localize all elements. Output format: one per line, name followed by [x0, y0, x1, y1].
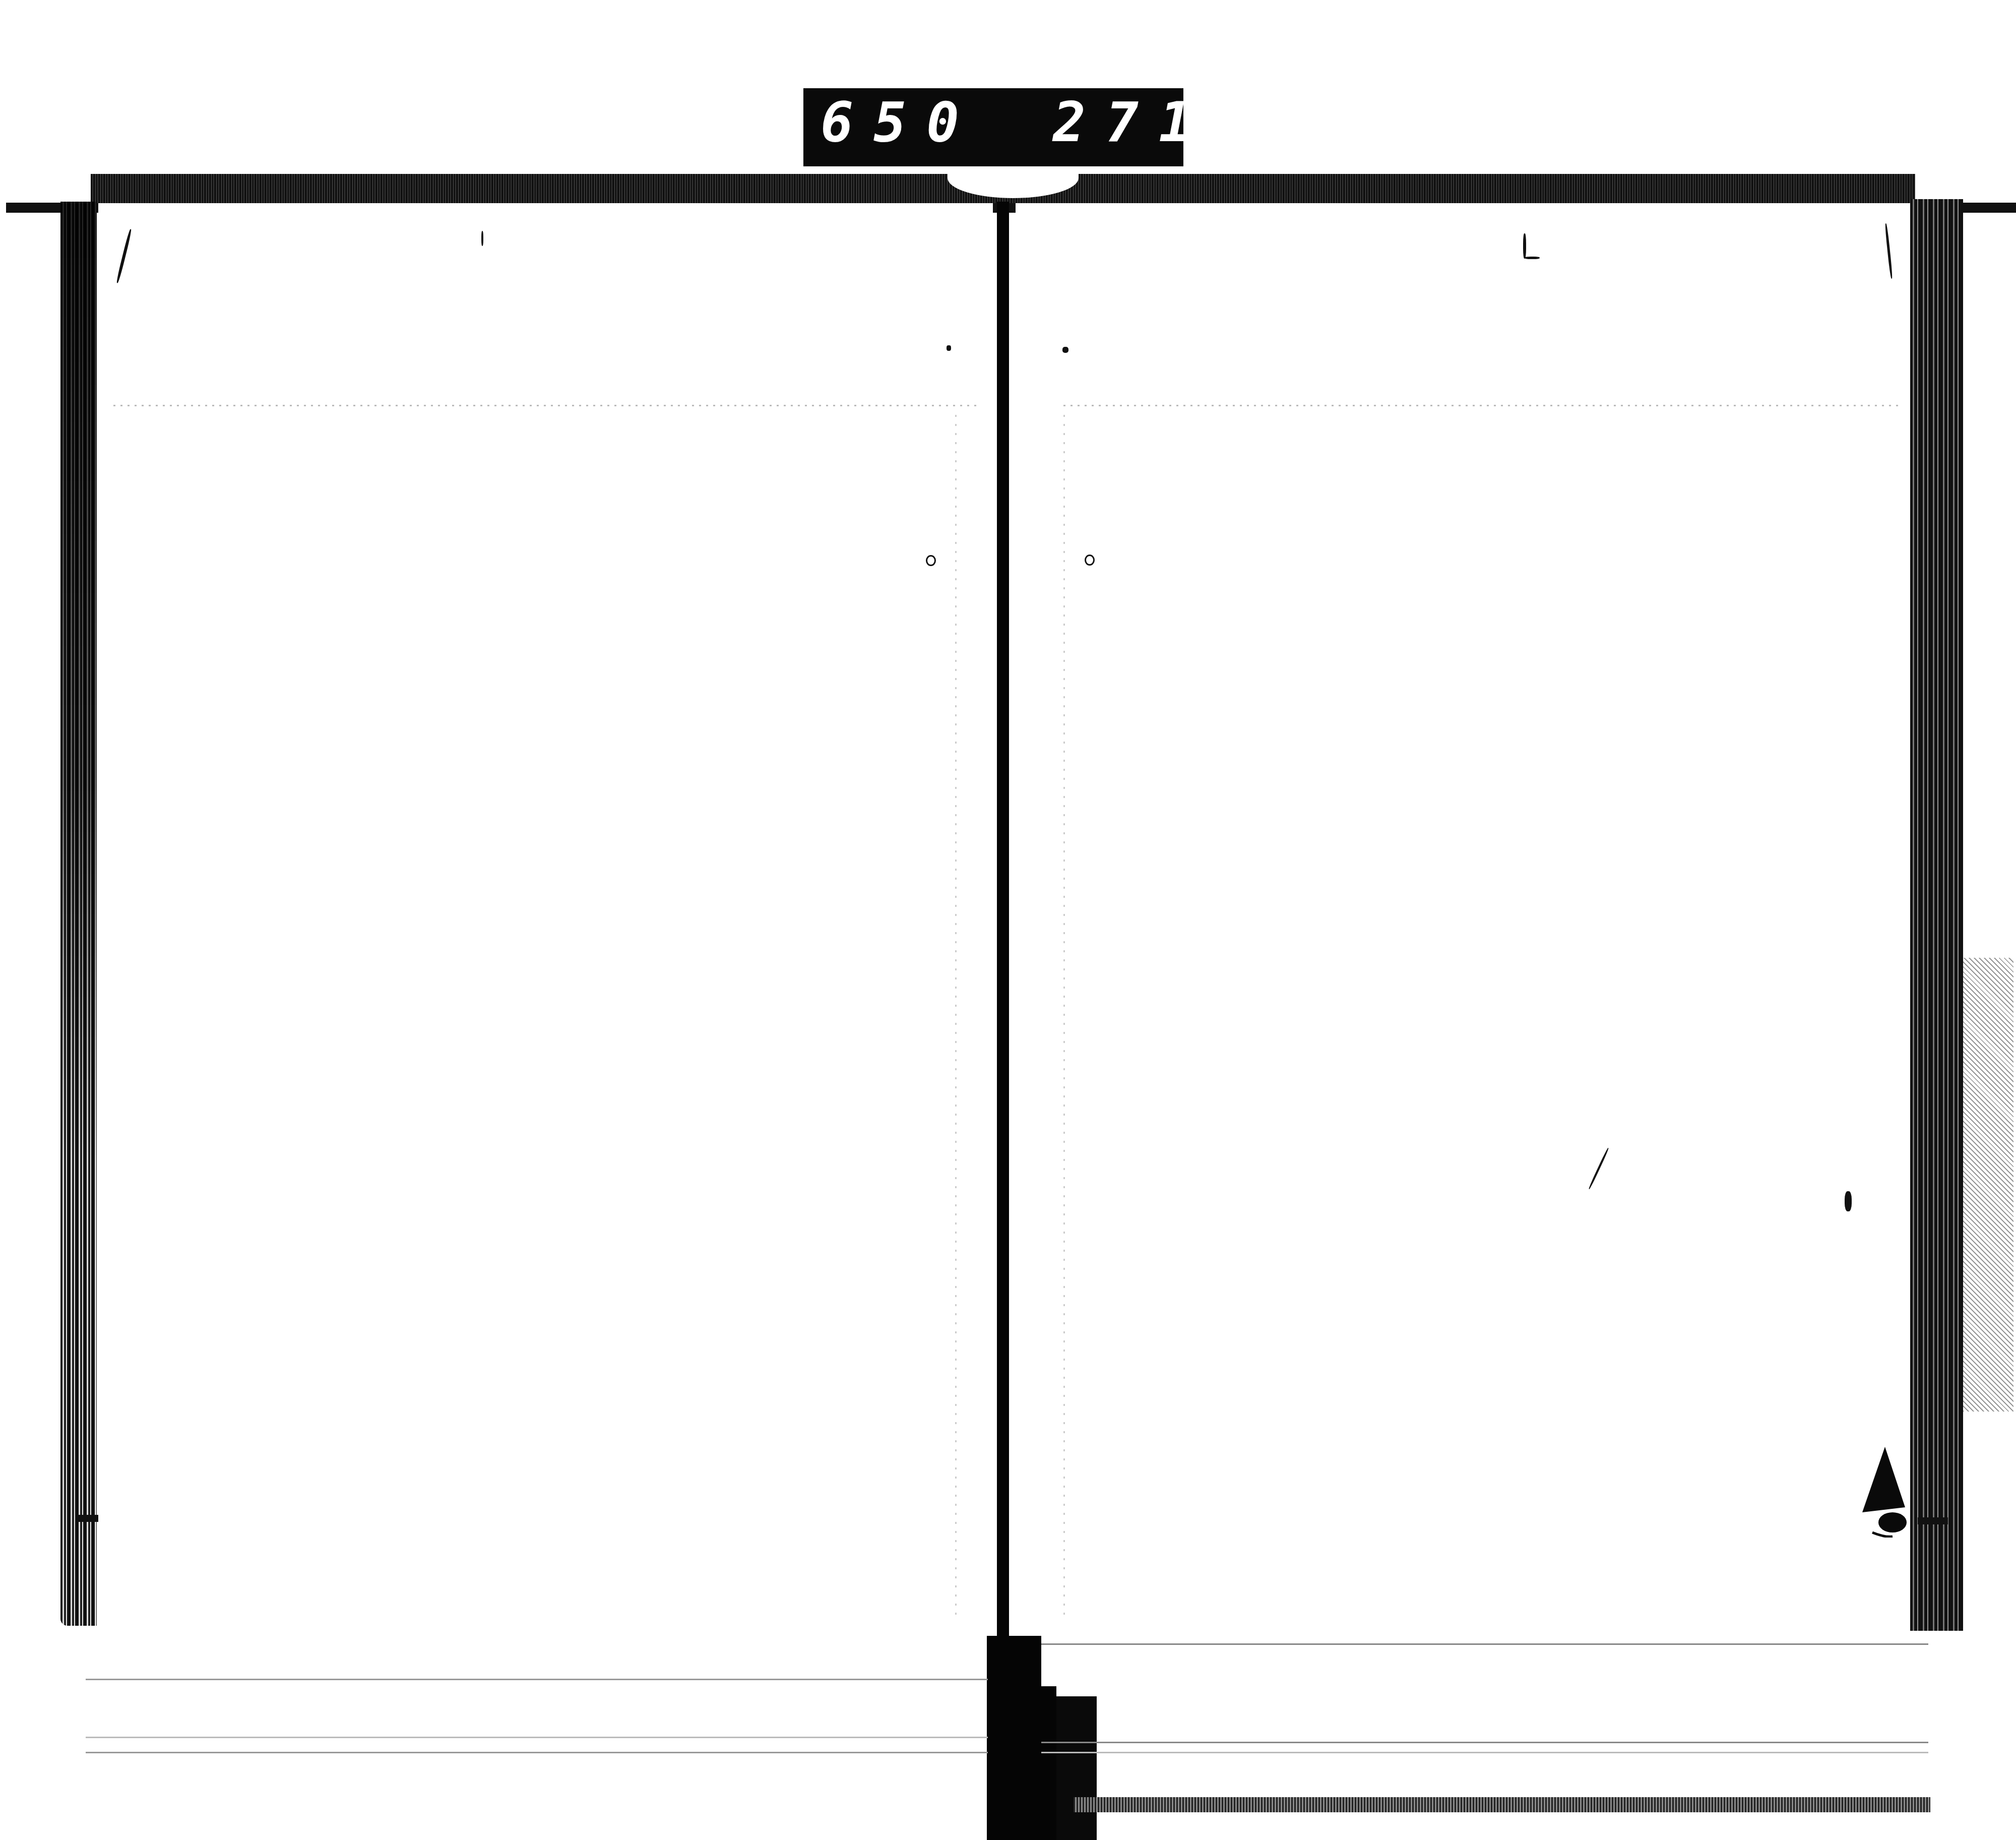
right-edge-stain — [1963, 958, 2013, 1412]
speck-mark — [481, 231, 483, 246]
right-bottom-page-stack — [1041, 1628, 1928, 1815]
left-edge-shadow — [60, 202, 97, 1159]
margin-rule — [1063, 415, 1065, 1615]
spine-base-block — [987, 1636, 1041, 1840]
binding-hole — [1085, 555, 1095, 566]
left-page — [98, 203, 993, 1630]
binding-dot — [947, 345, 951, 351]
pencil-stroke-mark — [116, 229, 132, 283]
right-edge-band-mark — [1918, 1517, 1948, 1524]
reel-number: 650 — [821, 95, 979, 151]
left-bottom-page-stack — [86, 1628, 988, 1764]
bottom-board-edge — [1074, 1797, 1930, 1812]
gutter-spine-line — [997, 202, 1009, 1638]
stray-mark — [1588, 1147, 1609, 1189]
stain-speck — [1845, 1191, 1852, 1211]
frame-number: 271. — [1053, 95, 1265, 151]
ink-blot — [1857, 1447, 1913, 1538]
right-page-stack-edge — [1910, 199, 1963, 1631]
header-rule — [1063, 405, 1900, 406]
binding-dot — [1062, 347, 1068, 353]
pen-stroke-mark — [1523, 233, 1526, 259]
margin-rule — [955, 415, 957, 1615]
pen-stroke-mark — [1525, 257, 1540, 259]
film-frame-label: 650 271. — [800, 88, 1183, 166]
pencil-stroke-mark — [1884, 223, 1893, 279]
header-rule — [113, 405, 980, 406]
binding-hole — [926, 555, 936, 566]
left-edge-band-mark — [76, 1515, 98, 1522]
right-page — [1016, 203, 1910, 1630]
